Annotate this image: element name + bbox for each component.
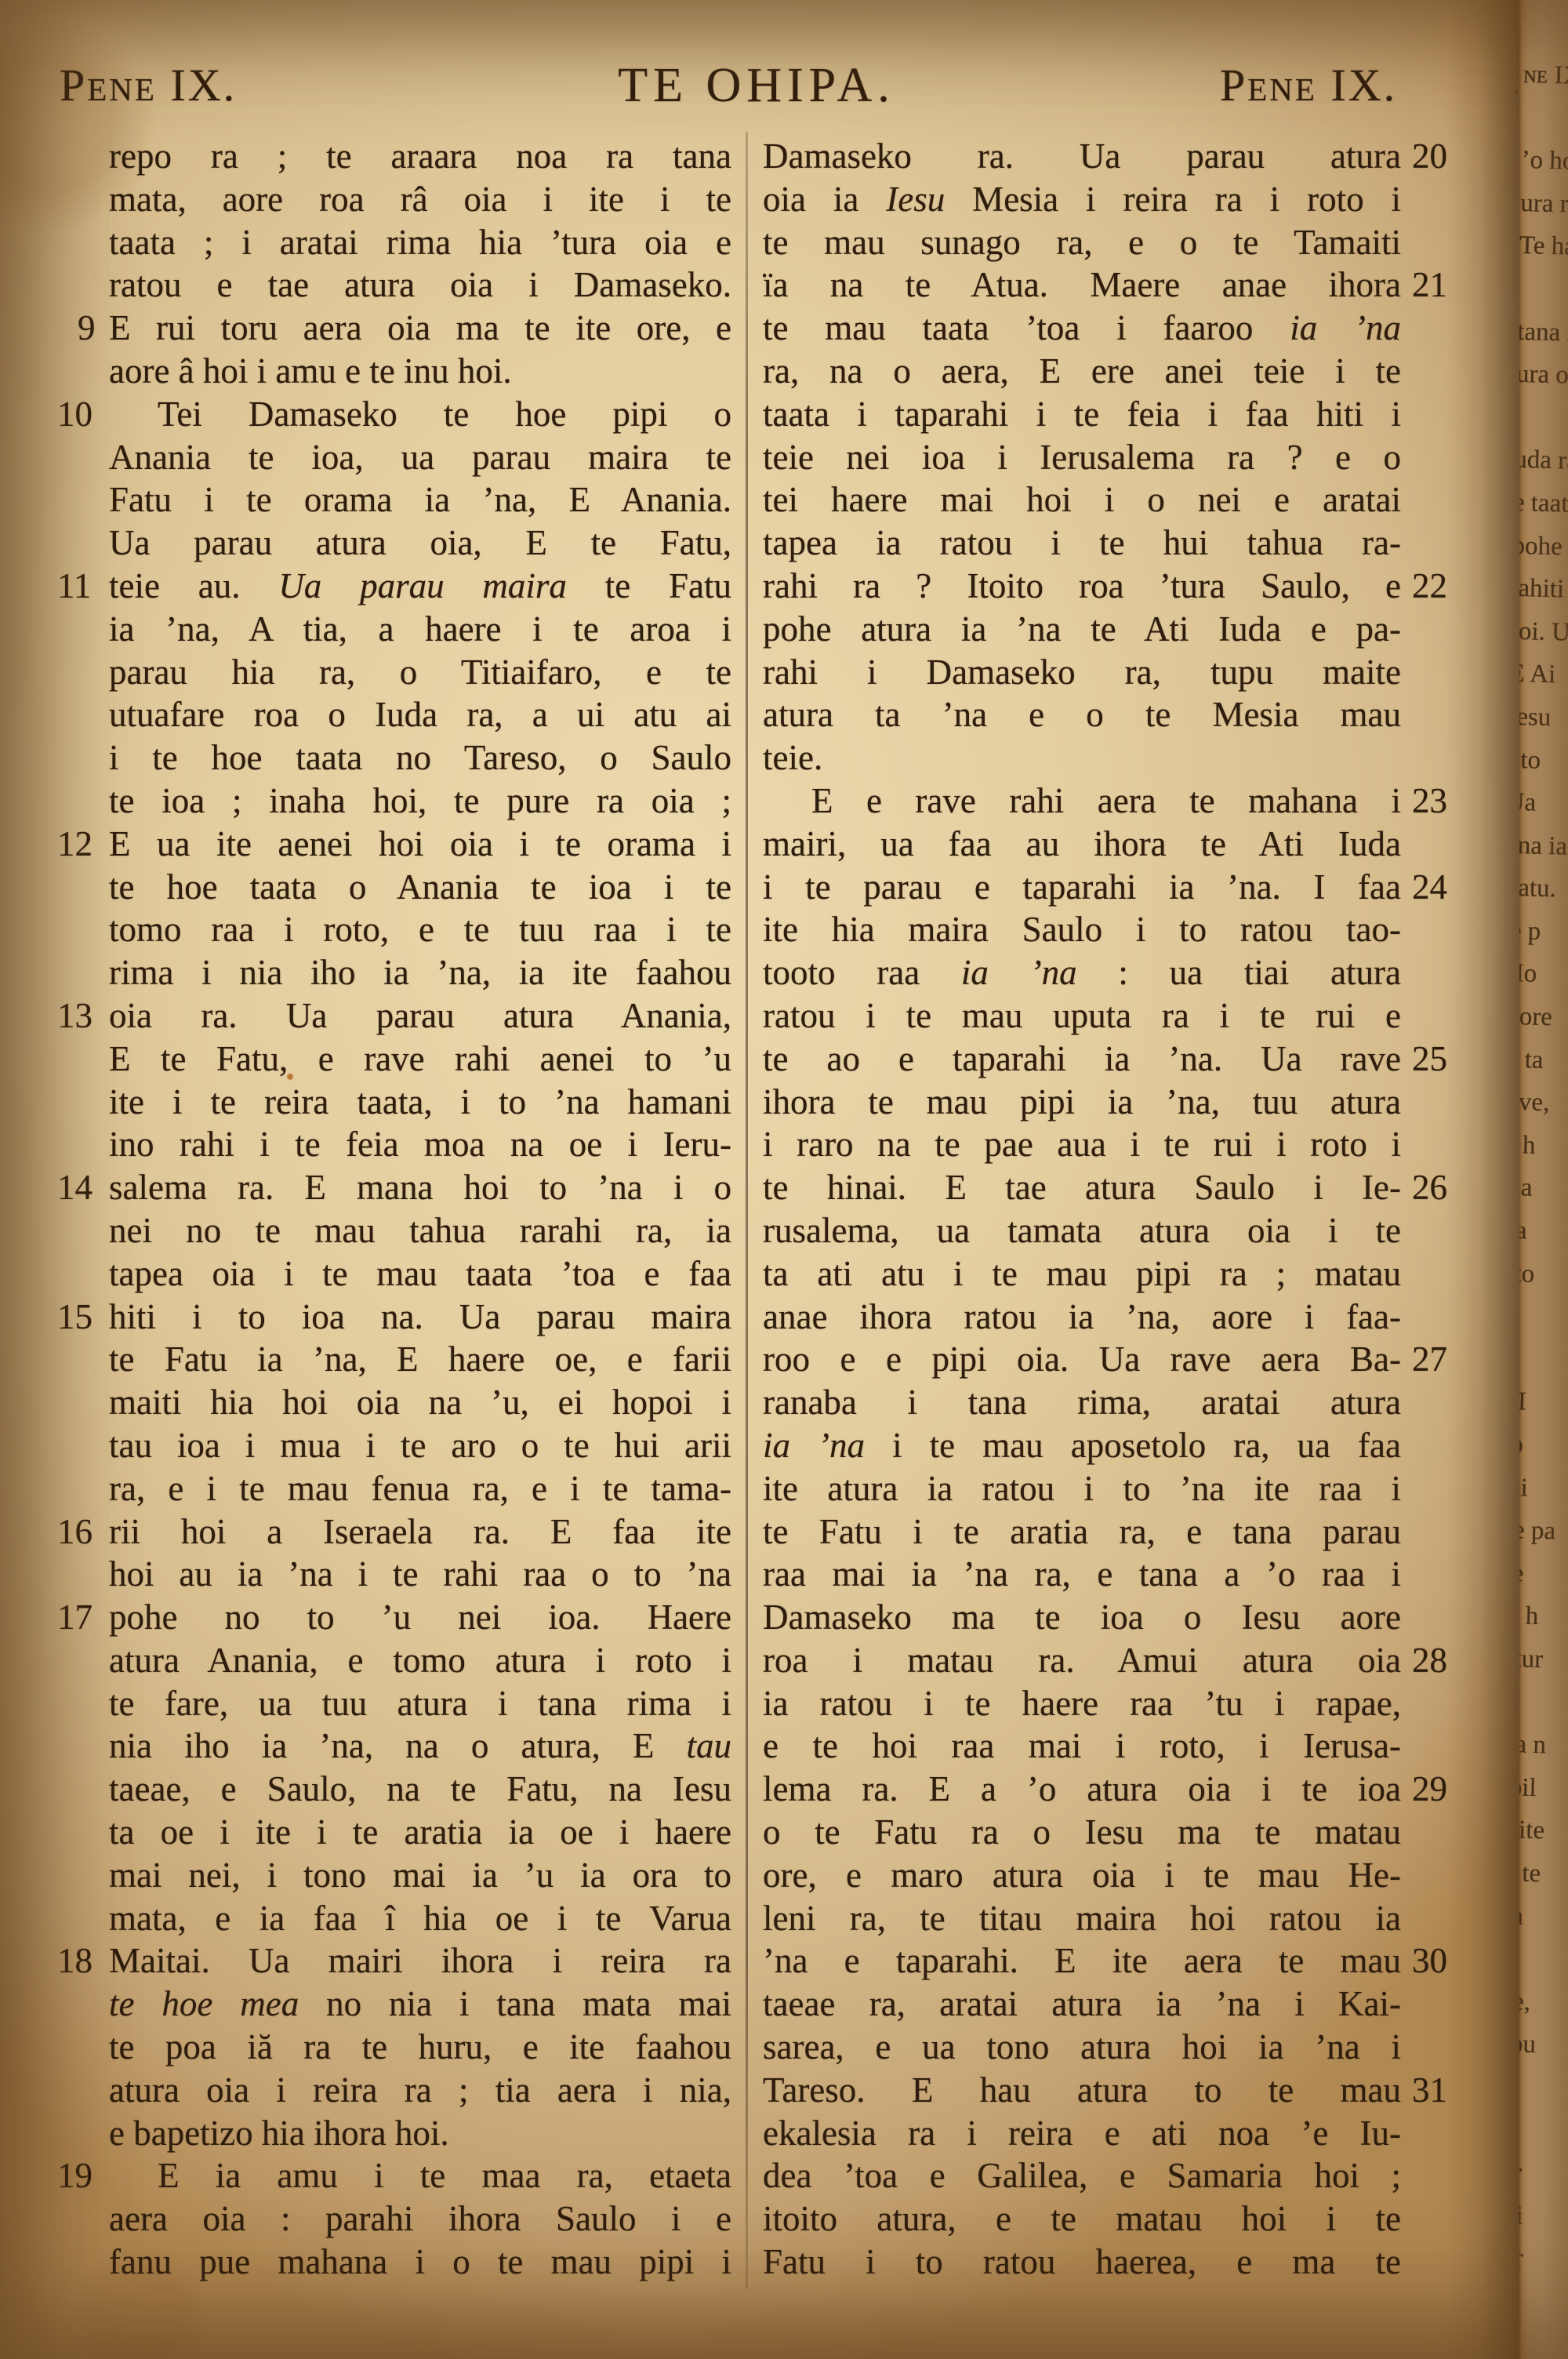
verse-number: 25 bbox=[1401, 1038, 1480, 1081]
verse-text: salema ra. E mana hoi to ’na i o bbox=[109, 1166, 731, 1209]
text-run: teie au. bbox=[109, 566, 278, 605]
verse-number bbox=[1401, 2112, 1480, 2155]
text-run: mata, aore roa râ oia i ite i te bbox=[109, 180, 731, 219]
text-run: Tareso. E hau atura to te mau bbox=[763, 2070, 1401, 2110]
verse-number: 12 bbox=[57, 823, 109, 866]
text-line: 15hiti i to ioa na. Ua parau maira bbox=[57, 1296, 731, 1339]
verse-text: tapea oia i te mau taata ’toa e faa bbox=[109, 1252, 731, 1296]
verse-text: Tei Damaseko te hoe pipi o bbox=[109, 393, 731, 436]
verse-number bbox=[57, 350, 109, 393]
text-line: e bapetizo hia ihora hoi. bbox=[57, 2112, 731, 2155]
text-line: roa i matau ra. Amui atura oia28 bbox=[763, 1639, 1480, 1682]
verse-text: pohe no to ’u nei ioa. Haere bbox=[109, 1596, 731, 1639]
text-line: ta ati atu i te mau pipi ra ; matau bbox=[763, 1252, 1480, 1296]
verse-number bbox=[57, 1467, 109, 1510]
page-edge-fragment: apae, bbox=[1519, 1979, 1548, 2024]
text-run: mata, e ia faa î hia oe i te Varua bbox=[109, 1899, 731, 1938]
verse-number bbox=[1401, 350, 1480, 393]
verse-text: i te parau e taparahi ia ’na. I faa bbox=[763, 866, 1401, 909]
text-column-left: repo ra ; te araara noa ra tanamata, aor… bbox=[57, 135, 731, 2284]
italic-text-run: ia ’na bbox=[763, 1426, 865, 1465]
verse-text: Maitai. Ua mairi ihora i reira ra bbox=[109, 1939, 731, 1983]
verse-number bbox=[57, 135, 109, 178]
text-run: roa i matau ra. Amui atura oia bbox=[763, 1641, 1401, 1680]
verse-text: te poa iă ra te huru, e ite faahou bbox=[109, 2026, 731, 2069]
page-edge-fragment: tahiti bbox=[1519, 567, 1568, 612]
text-run: ratou i te mau uputa ra i te rui e bbox=[763, 996, 1401, 1035]
text-run: ite atura ia ratou i to ’na ite raa i bbox=[763, 1469, 1401, 1508]
verse-number bbox=[1401, 2197, 1480, 2241]
verse-number bbox=[57, 608, 109, 651]
text-run: i te hoe taata no Tareso, o Saulo bbox=[109, 738, 731, 777]
text-run: rahi i Damaseko ra, tupu maite bbox=[763, 652, 1401, 692]
text-line: Tareso. E hau atura to te mau31 bbox=[763, 2069, 1480, 2112]
text-run: Anania te ioa, ua parau maira te bbox=[109, 438, 731, 477]
text-line: tapea ia ratou i te hui tahua ra- bbox=[763, 522, 1480, 565]
verse-number bbox=[57, 1081, 109, 1124]
text-run: parau hia ra, o Titiaifaro, e te bbox=[109, 652, 731, 692]
text-line: i raro na te pae aua i te rui i roto i bbox=[763, 1123, 1480, 1166]
page-edge-fragment: ana bbox=[1519, 1166, 1568, 1211]
text-line: ihora te mau pipi ia ’na, tuu atura bbox=[763, 1081, 1480, 1124]
text-run: ite i te reira taata, i to ’na hamani bbox=[109, 1082, 731, 1121]
text-line: te mau sunago ra, e o te Tamaiti bbox=[763, 221, 1480, 264]
text-run: tei haere mai hoi i o nei e aratai bbox=[763, 480, 1401, 519]
text-run: Damaseko ma te ioa o Iesu aore bbox=[763, 1598, 1401, 1637]
verse-text: ra, na o aera, E ere anei teie i te bbox=[763, 350, 1401, 393]
text-run: leni ra, te titau maira hoi ratou ia bbox=[763, 1899, 1401, 1938]
italic-text-run: te hoe mea bbox=[109, 1984, 299, 2023]
verse-text: ite hia maira Saulo i to ratou tao- bbox=[763, 908, 1401, 951]
text-line: E e rave rahi aera te mahana i23 bbox=[763, 780, 1480, 823]
text-line: mata, aore roa râ oia i ite i te bbox=[57, 178, 731, 221]
text-line: atura oia i reira ra ; tia aera i nia, bbox=[57, 2069, 731, 2112]
text-run: repo ra ; te araara noa ra tana bbox=[109, 136, 731, 176]
verse-number bbox=[57, 780, 109, 823]
verse-text: mata, e ia faa î hia oe i te Varua bbox=[109, 1897, 731, 1940]
page-edge-fragment: rave, bbox=[1519, 1081, 1568, 1125]
verse-number: 21 bbox=[1401, 264, 1480, 307]
page-edge-fragment: pohe i bbox=[1519, 524, 1568, 569]
text-line: 12E ua ite aenei hoi oia i te orama i bbox=[57, 823, 731, 866]
text-line: nei no te mau tahua rarahi ra, ia bbox=[57, 1209, 731, 1252]
verse-text: taeae, e Saulo, na te Fatu, na Iesu bbox=[109, 1768, 731, 1811]
verse-text: tomo raa i roto, e te tuu raa i te bbox=[109, 908, 731, 951]
page-edge-fragment: ’o hoi bbox=[1521, 139, 1568, 184]
verse-number bbox=[1401, 478, 1480, 522]
verse-number bbox=[57, 2026, 109, 2069]
page-edge-fragment: i i pil bbox=[1519, 1765, 1553, 1810]
verse-number: 28 bbox=[1401, 1639, 1480, 1682]
text-run: atura oia i reira ra ; tia aera i nia, bbox=[109, 2070, 731, 2110]
page-edge-fragment: Te haa bbox=[1519, 224, 1568, 269]
text-line: tomo raa i roto, e te tuu raa i te bbox=[57, 908, 731, 951]
verse-number: 9 bbox=[57, 307, 109, 350]
page-edge-fragment: Dore bbox=[1519, 995, 1568, 1040]
text-run: rii hoi a Iseraela ra. E faa ite bbox=[109, 1512, 731, 1551]
verse-text: nei no te mau tahua rarahi ra, ia bbox=[109, 1209, 731, 1252]
verse-number: 26 bbox=[1401, 1166, 1480, 1209]
verse-number bbox=[1401, 436, 1480, 479]
italic-text-run: ia ’na bbox=[961, 953, 1077, 992]
text-line: ite hia maira Saulo i to ratou tao- bbox=[763, 908, 1480, 951]
text-line: te hinai. E tae atura Saulo i Ie-26 bbox=[763, 1166, 1480, 1209]
verse-text: hoi au ia ’na i te rahi raa o to ’na bbox=[109, 1553, 731, 1596]
verse-text: Damaseko ma te ioa o Iesu aore bbox=[763, 1596, 1401, 1639]
text-run: raa mai ia ’na ra, e tana a ’o raa i bbox=[763, 1554, 1401, 1594]
verse-number: 27 bbox=[1401, 1338, 1480, 1381]
verse-number bbox=[1401, 1296, 1480, 1339]
next-page-edge-text: ɴᴇ IX. ’o hoiura ratTe haa tana nura oia… bbox=[1519, 53, 1568, 2324]
text-run: teie nei ioa i Ierusalema ra ? e o bbox=[763, 438, 1401, 477]
verse-number bbox=[57, 1338, 109, 1381]
text-run: ra, na o aera, E ere anei teie i te bbox=[763, 351, 1401, 391]
verse-number bbox=[1401, 393, 1480, 436]
page-edge-fragment: i to bbox=[1519, 738, 1568, 783]
text-line: ia ’na, A tia, a haere i te aroa i bbox=[57, 608, 731, 651]
verse-text: mairi, ua faa au ihora te Ati Iuda bbox=[763, 823, 1401, 866]
text-line: taeae, e Saulo, na te Fatu, na Iesu bbox=[57, 1768, 731, 1811]
text-line: pohe atura ia ’na te Ati Iuda e pa- bbox=[763, 608, 1480, 651]
verse-number bbox=[1401, 1123, 1480, 1166]
verse-text: oia ia Iesu Mesia i reira ra i roto i bbox=[763, 178, 1401, 221]
page-edge-fragment: E Ai bbox=[1519, 652, 1568, 697]
text-run: ’na e taparahi. E ite aera te mau bbox=[763, 1941, 1401, 1980]
verse-number bbox=[1401, 178, 1480, 221]
verse-number: 11 bbox=[57, 565, 109, 608]
verse-number bbox=[1401, 1682, 1480, 1725]
verse-number bbox=[57, 1768, 109, 1811]
italic-text-run: Ua parau maira bbox=[278, 566, 567, 605]
verse-number bbox=[1401, 693, 1480, 736]
verse-text: i te hoe taata no Tareso, o Saulo bbox=[109, 736, 731, 780]
running-head-right: Pene IX. bbox=[1220, 63, 1397, 108]
text-run: E ua ite aenei hoi oia i te orama i bbox=[109, 824, 731, 863]
page-edge-fragment: ura rat bbox=[1520, 182, 1568, 227]
verse-number bbox=[1401, 1510, 1480, 1554]
verse-number bbox=[1401, 951, 1480, 994]
page-edge-fragment: ia e bbox=[1519, 1551, 1559, 1596]
text-run: rahi ra ? Itoito roa ’tura Saulo, e bbox=[763, 566, 1401, 605]
page-edge-fragment: mai bbox=[1519, 1466, 1561, 1510]
verse-text: te hoe mea no nia i tana mata mai bbox=[109, 1983, 731, 2026]
text-line: 16rii hoi a Iseraela ra. E faa ite bbox=[57, 1510, 731, 1554]
text-run: te mau taata ’toa i faaroo bbox=[763, 308, 1290, 347]
text-line: E te Fatu, e rave rahi aenei to ’u bbox=[57, 1038, 731, 1081]
text-line: repo ra ; te araara noa ra tana bbox=[57, 135, 731, 178]
verse-number bbox=[1401, 608, 1480, 651]
verse-number bbox=[1401, 1467, 1480, 1510]
page-edge-fragment: tia. bbox=[1519, 2108, 1545, 2153]
text-line: hoi au ia ’na i te rahi raa o to ’na bbox=[57, 1553, 731, 1596]
text-run: te Fatu i te aratia ra, e tana parau bbox=[763, 1512, 1401, 1551]
verse-text: teie au. Ua parau maira te Fatu bbox=[109, 565, 731, 608]
verse-number bbox=[1401, 1854, 1480, 1897]
text-run: te hinai. E tae atura Saulo i Ie- bbox=[763, 1168, 1401, 1207]
page-edge-fragment bbox=[1519, 1337, 1564, 1382]
book-page-photo: Pene IX. TE OHIPA. Pene IX. repo ra ; te… bbox=[0, 0, 1568, 2359]
text-run: taeae, e Saulo, na te Fatu, na Iesu bbox=[109, 1769, 731, 1808]
text-run: ite hia maira Saulo i to ratou tao- bbox=[763, 910, 1401, 949]
text-run: mairi, ua faa au ihora te Ati Iuda bbox=[763, 824, 1401, 863]
text-line: ratou i te mau uputa ra i te rui e bbox=[763, 994, 1480, 1038]
verse-number: 31 bbox=[1401, 2069, 1480, 2112]
italic-text-run: tau bbox=[686, 1726, 731, 1765]
text-run: E ia amu i te maa ra, etaeta bbox=[158, 2156, 731, 2195]
text-run: hoi au ia ’na i te rahi raa o to ’na bbox=[109, 1554, 731, 1594]
text-line: Anania te ioa, ua parau maira te bbox=[57, 436, 731, 479]
verse-number bbox=[1401, 1252, 1480, 1296]
text-run: tau ioa i mua i te aro o te hui arii bbox=[109, 1426, 731, 1465]
verse-text: ekalesia ra i reira e ati noa ’e Iu- bbox=[763, 2112, 1401, 2155]
verse-number bbox=[1401, 1983, 1480, 2026]
verse-number bbox=[57, 2112, 109, 2155]
verse-number bbox=[1401, 1381, 1480, 1424]
verse-number bbox=[57, 1553, 109, 1596]
verse-text: Tareso. E hau atura to te mau bbox=[763, 2069, 1401, 2112]
verse-text: ia ’na i te mau aposetolo ra, ua faa bbox=[763, 1424, 1401, 1467]
verse-text: te hinai. E tae atura Saulo i Ie- bbox=[763, 1166, 1401, 1209]
text-run: fanu pue mahana i o te mau pipi i bbox=[109, 2242, 731, 2281]
text-line: Fatu i te orama ia ’na, E Anania. bbox=[57, 478, 731, 522]
text-run: te Fatu bbox=[567, 566, 731, 605]
verse-number bbox=[57, 264, 109, 307]
verse-number bbox=[57, 221, 109, 264]
verse-number bbox=[57, 651, 109, 694]
page-edge-fragment: ai h bbox=[1519, 1123, 1568, 1168]
text-run: ta ati atu i te mau pipi ra ; matau bbox=[763, 1254, 1401, 1293]
text-line: teie nei ioa i Ierusalema ra ? e o bbox=[763, 436, 1480, 479]
verse-number: 18 bbox=[57, 1939, 109, 1983]
verse-text: roa i matau ra. Amui atura oia bbox=[763, 1639, 1401, 1682]
verse-text: Anania te ioa, ua parau maira te bbox=[109, 436, 731, 479]
verse-text: te Fatu ia ’na, E haere oe, e farii bbox=[109, 1338, 731, 1381]
text-run: te poa iă ra te huru, e ite faahou bbox=[109, 2027, 731, 2066]
page-edge-fragment: ona ia bbox=[1519, 823, 1568, 868]
verse-text: atura ta ’na e o te Mesia mau bbox=[763, 693, 1401, 736]
verse-number bbox=[1401, 2026, 1480, 2069]
next-page-edge: ɴᴇ IX. ’o hoiura ratTe haa tana nura oia… bbox=[1519, 0, 1568, 2359]
verse-text: ta ati atu i te mau pipi ra ; matau bbox=[763, 1252, 1401, 1296]
page-edge-fragment: ra. bbox=[1519, 1295, 1565, 1339]
verse-number bbox=[1401, 2154, 1480, 2197]
text-run: Damaseko ra. Ua parau atura bbox=[763, 136, 1401, 176]
verse-text: mata, aore roa râ oia i ite i te bbox=[109, 178, 731, 221]
verse-text: taeae ra, aratai atura ia ’na i Kai- bbox=[763, 1983, 1401, 2026]
verse-text: Ua parau atura oia, E te Fatu, bbox=[109, 522, 731, 565]
text-run: E e rave rahi aera te mahana i bbox=[811, 781, 1401, 820]
text-run: tomo raa i roto, e te tuu raa i te bbox=[109, 910, 731, 949]
text-line: ia ratou i te haere raa ’tu i rapae, bbox=[763, 1682, 1480, 1725]
verse-text: tau ioa i mua i te aro o te hui arii bbox=[109, 1424, 731, 1467]
verse-number bbox=[57, 1725, 109, 1768]
text-run: te mau sunago ra, e o te Tamaiti bbox=[763, 223, 1401, 262]
verse-number bbox=[57, 693, 109, 736]
verse-text: Damaseko ra. Ua parau atura bbox=[763, 135, 1401, 178]
text-line: fanu pue mahana i o te mau pipi i bbox=[57, 2241, 731, 2284]
text-line: 14salema ra. E mana hoi to ’na i o bbox=[57, 1166, 731, 1209]
text-line: itoito atura, e te matau hoi i te bbox=[763, 2197, 1480, 2241]
text-run: oia ra. Ua parau atura Anania, bbox=[109, 996, 731, 1035]
text-line: rahi i Damaseko ra, tupu maite bbox=[763, 651, 1480, 694]
text-line: 9E rui toru aera oia ma te ite ore, e bbox=[57, 307, 731, 350]
text-run: te ioa ; inaha hoi, te pure ra oia ; bbox=[109, 781, 731, 820]
text-line: 13oia ra. Ua parau atura Anania, bbox=[57, 994, 731, 1038]
text-line: Damaseko ra. Ua parau atura20 bbox=[763, 135, 1480, 178]
text-run: oia ia bbox=[763, 180, 886, 219]
text-line: te poa iă ra te huru, e ite faahou bbox=[57, 2026, 731, 2069]
page-edge-fragment: Peter bbox=[1519, 2236, 1542, 2281]
text-line: utuafare roa o Iuda ra, a ui atu ai bbox=[57, 693, 731, 736]
text-line: ta oe i ite i te aratia ia oe i haere bbox=[57, 1811, 731, 1854]
verse-text: utuafare roa o Iuda ra, a ui atu ai bbox=[109, 693, 731, 736]
text-line: 11teie au. Ua parau maira te Fatu bbox=[57, 565, 731, 608]
text-line: i te parau e taparahi ia ’na. I faa24 bbox=[763, 866, 1480, 909]
text-line: ’na e taparahi. E ite aera te mau30 bbox=[763, 1939, 1480, 1983]
verse-text: nia iho ia ’na, na o atura, E tau bbox=[109, 1725, 731, 1768]
text-line: i te hoe taata no Tareso, o Saulo bbox=[57, 736, 731, 780]
verse-number bbox=[57, 1854, 109, 1897]
verse-text: rusalema, ua tamata atura oia i te bbox=[763, 1209, 1401, 1252]
verse-text: e te hoi raa mai i roto, i Ierusa- bbox=[763, 1725, 1401, 1768]
verse-text: ïa na te Atua. Maere anae ihora bbox=[763, 264, 1401, 307]
text-run: aore â hoi i amu e te inu hoi. bbox=[109, 351, 512, 391]
text-run: : ua tiai atura bbox=[1077, 953, 1401, 992]
text-line: raa mai ia ’na ra, e tana a ’o raa i bbox=[763, 1553, 1480, 1596]
text-run: maiti hia hoi oia na ’u, ei hopoi i bbox=[109, 1383, 731, 1422]
verse-number bbox=[57, 2197, 109, 2241]
text-line: Ua parau atura oia, E te Fatu, bbox=[57, 522, 731, 565]
text-run: te fare, ua tuu atura i tana rima i bbox=[109, 1684, 731, 1723]
verse-number: 30 bbox=[1401, 1939, 1480, 1983]
text-line: rahi ra ? Itoito roa ’tura Saulo, e22 bbox=[763, 565, 1480, 608]
verse-number: 19 bbox=[57, 2154, 109, 2197]
text-run: lema ra. E a ’o atura oia i te ioa bbox=[763, 1769, 1401, 1808]
verse-text: tapea ia ratou i te hui tahua ra- bbox=[763, 522, 1401, 565]
verse-text: lema ra. E a ’o atura oia i te ioa bbox=[763, 1768, 1401, 1811]
text-run: ta oe i ite i te aratia ia oe i haere bbox=[109, 1812, 731, 1852]
text-line: te hoe mea no nia i tana mata mai bbox=[57, 1983, 731, 2026]
verse-text: pohe atura ia ’na te Ati Iuda e pa- bbox=[763, 608, 1401, 651]
text-run: Tei Damaseko te hoe pipi o bbox=[158, 394, 731, 434]
text-run: E te Fatu, e rave rahi aenei to ’u bbox=[109, 1039, 731, 1078]
verse-text: rima i nia iho ia ’na, ia ite faahou bbox=[109, 951, 731, 994]
verse-text: leni ra, te titau maira hoi ratou ia bbox=[763, 1897, 1401, 1940]
text-run: pohe no to ’u nei ioa. Haere bbox=[109, 1598, 731, 1637]
page-edge-fragment: e aer bbox=[1519, 2150, 1544, 2195]
text-line: 17pohe no to ’u nei ioa. Haere bbox=[57, 1596, 731, 1639]
text-line: ore, e maro atura oia i te mau He- bbox=[763, 1854, 1480, 1897]
verse-text: teie. bbox=[763, 736, 1401, 780]
verse-number bbox=[57, 2069, 109, 2112]
text-line: ia ’na i te mau aposetolo ra, ua faa bbox=[763, 1424, 1480, 1467]
verse-number: 16 bbox=[57, 1510, 109, 1554]
verse-text: ranaba i tana rima, aratai atura bbox=[763, 1381, 1401, 1424]
page-edge-fragment: na ti bbox=[1519, 2065, 1546, 2110]
text-run: salema ra. E mana hoi to ’na i o bbox=[109, 1168, 731, 1207]
text-run: tapea ia ratou i te hui tahua ra- bbox=[763, 523, 1401, 562]
verse-text: teie nei ioa i Ierusalema ra ? e o bbox=[763, 436, 1401, 479]
verse-text: atura Anania, e tomo atura i roto i bbox=[109, 1639, 731, 1682]
text-run: te hoe taata o Anania te ioa i te bbox=[109, 867, 731, 907]
text-run: Maitai. Ua mairi ihora i reira ra bbox=[109, 1941, 731, 1980]
text-run: atura Anania, e tomo atura i roto i bbox=[109, 1641, 731, 1680]
verse-number: 14 bbox=[57, 1166, 109, 1209]
page-edge-fragment: ia e pa bbox=[1519, 1509, 1559, 1554]
page-edge-fragment: a, e te bbox=[1519, 1851, 1552, 1896]
text-line: e te hoi raa mai i roto, i Ierusa- bbox=[763, 1725, 1480, 1768]
text-line: Fatu i to ratou haerea, e ma te bbox=[763, 2241, 1480, 2284]
verse-number bbox=[1401, 1081, 1480, 1124]
text-run: pohe atura ia ’na te Ati Iuda e pa- bbox=[763, 609, 1401, 649]
verse-number bbox=[1401, 1897, 1480, 1940]
text-run: ore, e maro atura oia i te mau He- bbox=[763, 1856, 1401, 1895]
column-divider-rule bbox=[746, 132, 748, 2288]
text-run: Fatu i to ratou haerea, e ma te bbox=[763, 2242, 1401, 2281]
text-run: rima i nia iho ia ’na, ia ite faahou bbox=[109, 953, 731, 992]
text-line: taata i taparahi i te feia i faa hiti i bbox=[763, 393, 1480, 436]
verse-text: ia ratou i te haere raa ’tu i rapae, bbox=[763, 1682, 1401, 1725]
verse-number bbox=[1401, 994, 1480, 1038]
text-run: taata i taparahi i te feia i faa hiti i bbox=[763, 394, 1401, 434]
verse-number: 10 bbox=[57, 393, 109, 436]
verse-text: ore, e maro atura oia i te mau He- bbox=[763, 1854, 1401, 1897]
text-run: taata ; i aratai rima hia ’tura oia e bbox=[109, 223, 731, 262]
text-line: nia iho ia ’na, na o atura, E tau bbox=[57, 1725, 731, 1768]
verse-number bbox=[1401, 908, 1480, 951]
text-run: i raro na te pae aua i te rui i roto i bbox=[763, 1125, 1401, 1164]
verse-text: E rui toru aera oia ma te ite ore, e bbox=[109, 307, 731, 350]
verse-text: hiti i to ioa na. Ua parau maira bbox=[109, 1296, 731, 1339]
verse-text: oia ra. Ua parau atura Anania, bbox=[109, 994, 731, 1038]
verse-text: E ia amu i te maa ra, etaeta bbox=[109, 2154, 731, 2197]
verse-number bbox=[1401, 1811, 1480, 1854]
page-edge-fragment: faa ite bbox=[1519, 1808, 1552, 1853]
page-edge-fragment: ura oia bbox=[1519, 353, 1568, 398]
text-run: ratou e tae atura oia i Damaseko. bbox=[109, 265, 731, 304]
verse-text: E ua ite aenei hoi oia i te orama i bbox=[109, 823, 731, 866]
verse-number bbox=[1401, 2241, 1480, 2284]
text-line: rusalema, ua tamata atura oia i te bbox=[763, 1209, 1480, 1252]
verse-text: e bapetizo hia ihora hoi. bbox=[109, 2112, 731, 2155]
verse-number: 22 bbox=[1401, 565, 1480, 608]
text-run: atura ta ’na e o te Mesia mau bbox=[763, 695, 1401, 734]
verse-text: repo ra ; te araara noa ra tana bbox=[109, 135, 731, 178]
verse-number bbox=[57, 866, 109, 909]
text-line: sarea, e ua tono atura hoi ia ’na i bbox=[763, 2026, 1480, 2069]
page-edge-fragment: rato bbox=[1519, 1252, 1566, 1296]
verse-text: rii hoi a Iseraela ra. E faa ite bbox=[109, 1510, 731, 1554]
page-edge-fragment: Fatu. bbox=[1519, 867, 1568, 911]
verse-number bbox=[57, 736, 109, 780]
verse-number bbox=[57, 522, 109, 565]
verse-text: itoito atura, e te matau hoi i te bbox=[763, 2197, 1401, 2241]
verse-number bbox=[57, 908, 109, 951]
text-column-right: Damaseko ra. Ua parau atura20oia ia Iesu… bbox=[763, 135, 1480, 2284]
text-run: itoito atura, e te matau hoi i te bbox=[763, 2199, 1401, 2238]
verse-text: te hoe taata o Anania te ioa i te bbox=[109, 866, 731, 909]
text-run: e bapetizo hia ihora hoi. bbox=[109, 2114, 449, 2153]
verse-text: taata ; i aratai rima hia ’tura oia e bbox=[109, 221, 731, 264]
text-run: dea ’toa e Galilea, e Samaria hoi ; bbox=[763, 2156, 1401, 2195]
text-line: aera oia : parahi ihora Saulo i e bbox=[57, 2197, 731, 2241]
verse-text: te Fatu i te aratia ra, e tana parau bbox=[763, 1510, 1401, 1554]
page-edge-fragment: a tia n bbox=[1519, 1723, 1555, 1768]
page-edge-fragment: pip bbox=[1519, 1423, 1562, 1467]
text-line: anae ihora ratou ia ’na, aore i faa- bbox=[763, 1296, 1480, 1339]
verse-number: 17 bbox=[57, 1596, 109, 1639]
page-edge-fragment: Iesu bbox=[1519, 696, 1568, 740]
